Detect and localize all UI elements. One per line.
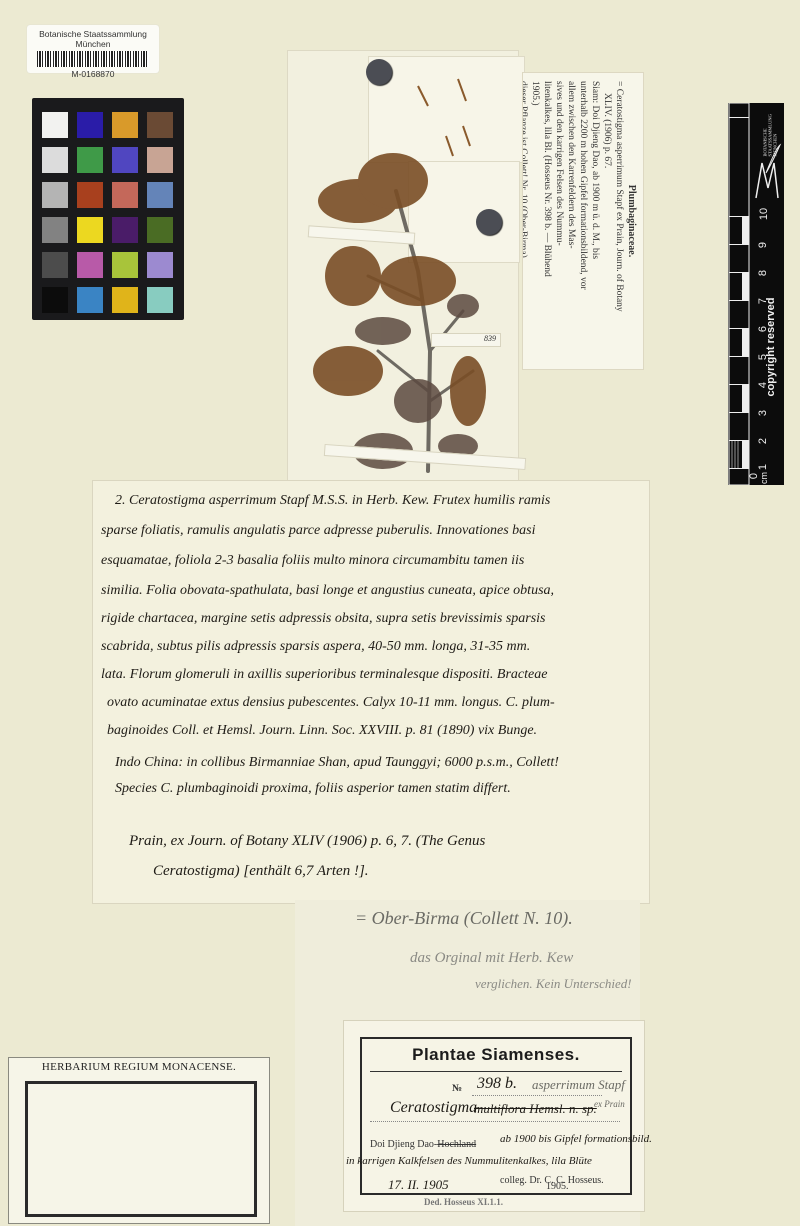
locality-struck: Hochland <box>437 1139 476 1150</box>
color-swatch <box>147 287 173 313</box>
specimen-sheet: 839 <box>287 50 519 482</box>
divider <box>370 1071 622 1072</box>
empty-label-box <box>25 1081 257 1217</box>
citation-line: Ceratostigma) [enthält 6,7 Arten !]. <box>153 863 369 880</box>
color-swatch <box>42 287 68 313</box>
barcode-label: Botanische Staatssammlung München M-0168… <box>27 25 159 73</box>
color-swatch <box>112 182 138 208</box>
color-swatch <box>77 147 103 173</box>
color-calibration-chart <box>32 98 184 320</box>
description-line: Species C. plumbaginoidi proxima, foliis… <box>115 781 511 797</box>
label-line: Siam: Doi Djieng Dao, ab 1900 m ü. d. M.… <box>589 81 601 361</box>
institution-brand: BOTANISCHE STAATSSAMMLUNG MÜNCHEN <box>758 105 782 141</box>
label-line: litenkalkes, lila Bl. (Hosseus Nr. 398 b… <box>541 81 553 361</box>
description-line: similia. Folia obovata-spathulata, basi … <box>101 583 554 599</box>
locality: Doi Djieng Dao-Hochland <box>370 1139 476 1150</box>
herbarium-label: HERBARIUM REGIUM MONACENSE. <box>8 1057 270 1224</box>
pencil-note: das Orginal mit Herb. Kew <box>410 950 573 967</box>
label-line: XLIV. (1906) p. 67. <box>601 81 613 361</box>
description-line: Indo China: in collibus Birmanniae Shan,… <box>115 755 559 771</box>
color-swatch <box>112 112 138 138</box>
donation-stamp: Ded. Hosseus XI.1.1. <box>424 1197 503 1207</box>
dotted-line <box>370 1121 620 1122</box>
description-line: rigide chartacea, margine setis adpressi… <box>101 611 546 627</box>
habitat-note: in karrigen Kalkfelsen des Nummulitenkal… <box>346 1155 592 1167</box>
color-swatch <box>42 252 68 278</box>
dried-plant-specimen <box>288 51 518 481</box>
dotted-line <box>472 1095 602 1096</box>
accession-number: M-0168870 <box>27 69 159 79</box>
description-line: ovato acuminatae extus densius pubescent… <box>107 695 555 711</box>
color-swatch <box>42 112 68 138</box>
label-line: allem zwischen den Karrenfeldern des Mas… <box>565 81 577 361</box>
institution-name: Botanische Staatssammlung München <box>27 29 159 49</box>
pencil-species-note: asperrimum Stapf <box>532 1077 625 1093</box>
collection-number: 398 b. <box>477 1075 517 1093</box>
pencil-note: verglichen. Kein Unterschied! <box>475 976 632 992</box>
label-line: unterhalb 2200 m hohen Gipfel formations… <box>577 81 589 361</box>
label-line: dieser Pflanze ist Collett! Nr. 10 (Ober… <box>522 81 529 361</box>
locality-printed: Doi Djieng Dao- <box>370 1139 437 1150</box>
description-line: baginoides Coll. et Hemsl. Journ. Linn. … <box>107 723 537 739</box>
collection-year: 1905. <box>546 1181 569 1192</box>
fragment-number: 839 <box>484 334 496 343</box>
collection-label: Plantae Siamenses. № 398 b. asperrimum S… <box>343 1020 645 1212</box>
tick-9: 9 <box>757 242 769 248</box>
label-line: 1905.) <box>529 81 541 361</box>
determination-label: Plumbaginaceae. = Ceratostigma asperrimu… <box>522 72 644 370</box>
color-swatch <box>112 287 138 313</box>
description-line: scabrida, subtus pilis adpressis sparsis… <box>101 639 530 655</box>
color-swatch <box>77 217 103 243</box>
color-swatch <box>147 147 173 173</box>
color-swatch <box>147 112 173 138</box>
pencil-note: = Ober-Birma (Collett N. 10). <box>355 908 573 929</box>
number-prefix: № <box>452 1083 462 1094</box>
color-swatch <box>112 217 138 243</box>
struck-species: multiflora Hemsl. n. sp. <box>474 1101 597 1117</box>
color-swatch <box>42 182 68 208</box>
scale-bar: 0 10 9 8 7 6 5 4 3 2 1 cm copyright rese… <box>728 103 784 485</box>
family-name: Plumbaginaceae. <box>625 81 637 361</box>
color-swatch <box>147 182 173 208</box>
description-line: esquamatae, foliola 2-3 basalia foliis m… <box>101 553 524 569</box>
herbarium-title: HERBARIUM REGIUM MONACENSE. <box>9 1061 269 1073</box>
label-frame: Plantae Siamenses. № 398 b. asperrimum S… <box>360 1037 632 1195</box>
number-strip: 839 <box>431 333 501 347</box>
color-swatch <box>42 217 68 243</box>
color-swatch <box>147 252 173 278</box>
citation-line: Prain, ex Journ. of Botany XLIV (1906) p… <box>129 833 485 850</box>
pencil-species-note: ex Prain <box>594 1099 625 1109</box>
color-swatch <box>77 112 103 138</box>
color-swatch <box>112 147 138 173</box>
color-swatch <box>147 217 173 243</box>
color-swatch <box>77 182 103 208</box>
description-line: lata. Florum glomeruli in axillis superi… <box>101 667 547 683</box>
barcode <box>37 51 149 67</box>
tick-1: 1 <box>757 464 769 470</box>
habitat-note: ab 1900 bis Gipfel formationsbild. <box>500 1133 652 1145</box>
description-sheet: 2. Ceratostigma asperrimum Stapf M.S.S. … <box>92 480 650 904</box>
label-line: = Ceratostigma asperrimum Stapf ex Prain… <box>613 81 625 361</box>
genus-name: Ceratostigma <box>390 1099 477 1117</box>
collection-date: 17. II. 1905 <box>388 1177 449 1193</box>
color-swatch <box>77 252 103 278</box>
label-line: sives und den karrigen Felsen des Nummu- <box>553 81 565 361</box>
color-swatch <box>112 252 138 278</box>
unit-label: cm <box>759 472 769 484</box>
description-line: 2. Ceratostigma asperrimum Stapf M.S.S. … <box>115 493 550 509</box>
color-swatch <box>77 287 103 313</box>
copyright-text: copyright reserved <box>764 253 778 443</box>
label-title: Plantae Siamenses. <box>362 1045 630 1065</box>
description-line: sparse foliatis, ramulis angulatis parce… <box>101 523 536 539</box>
tick-10: 10 <box>758 208 770 220</box>
color-swatch <box>42 147 68 173</box>
